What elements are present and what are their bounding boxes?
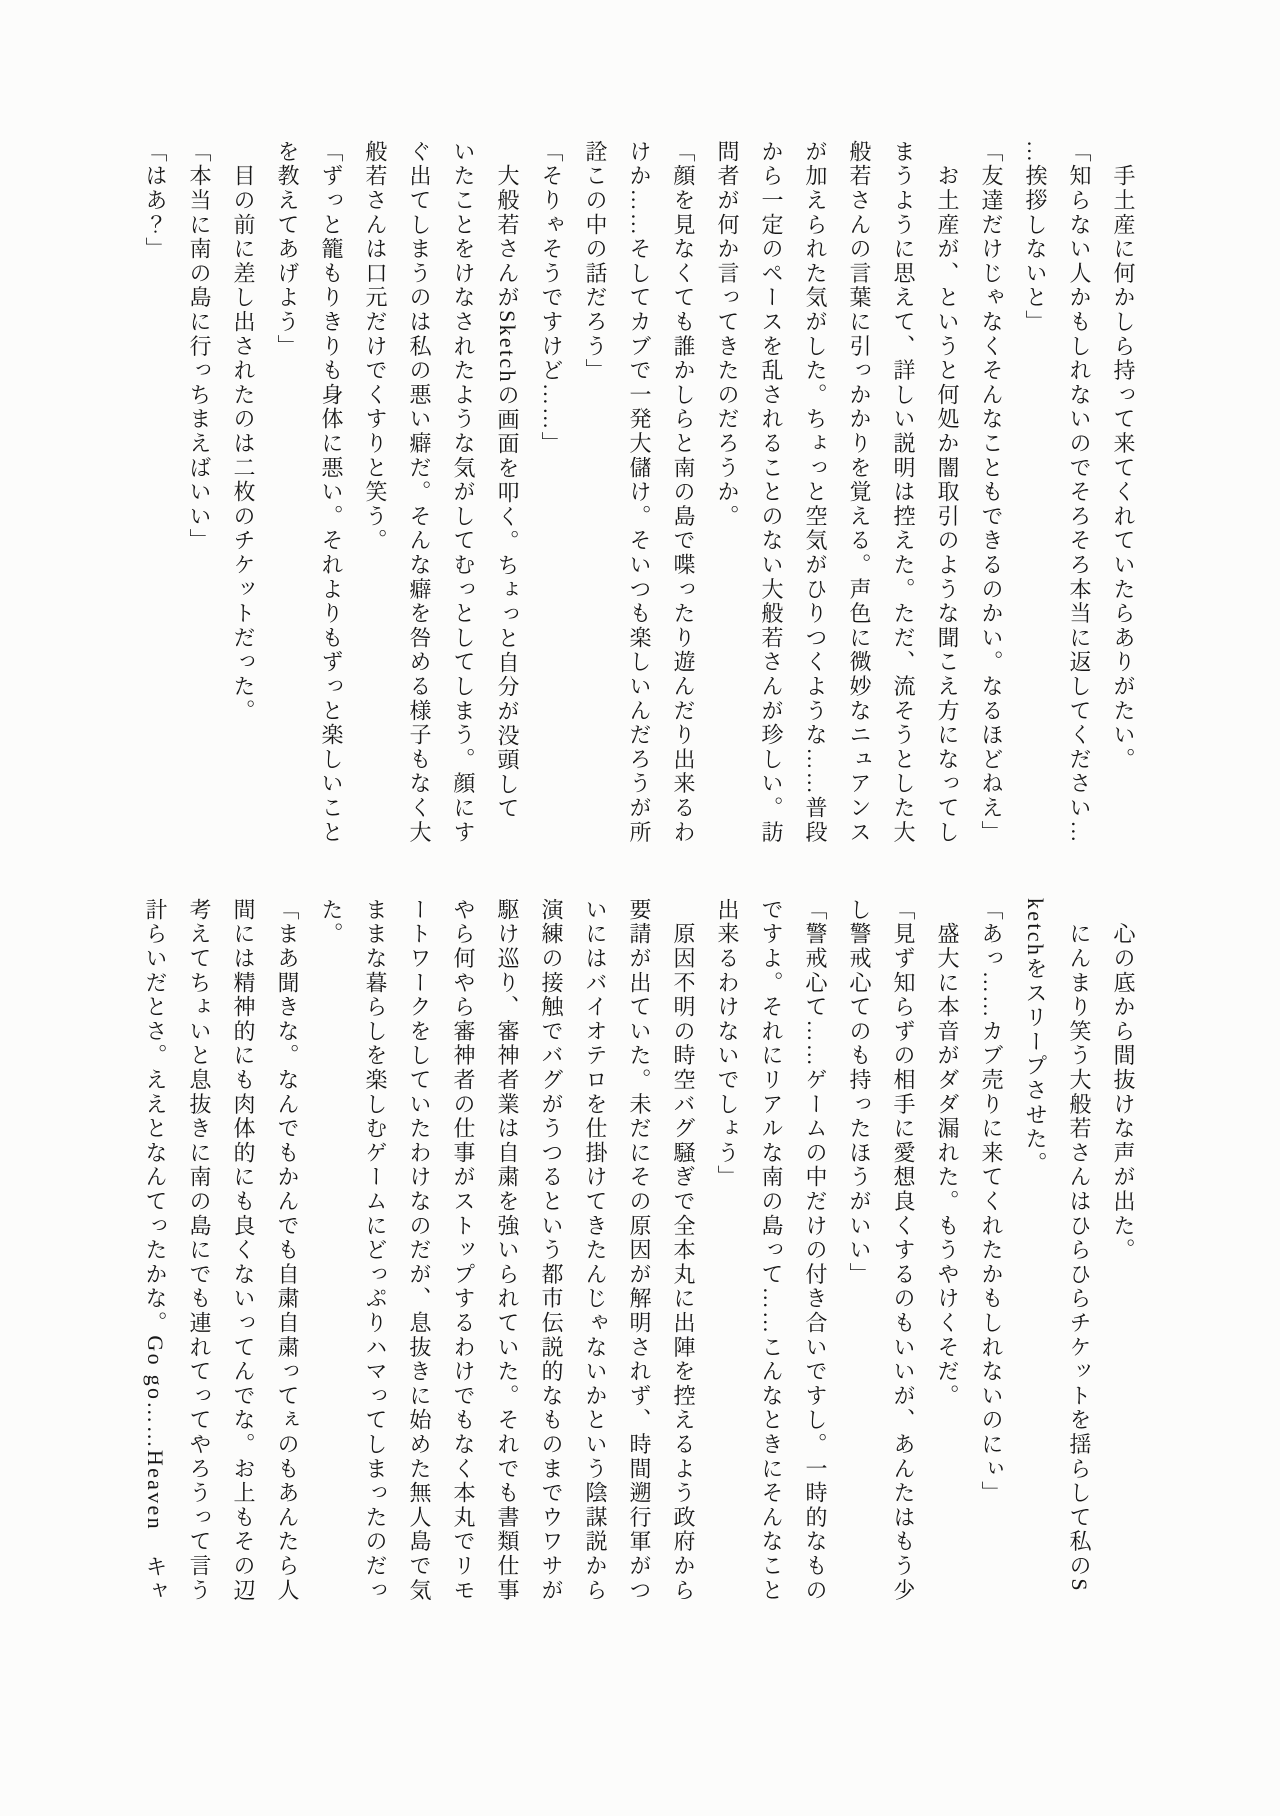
text-column: 駆け巡り、審神者業は自粛を強いられていた。それでも書類仕事: [485, 898, 529, 1620]
text-column: けか……そしてカブで一発大儲け。そいつも楽しいんだろうが所: [617, 140, 661, 862]
text-column: し警戒心てのも持ったほうがいい」: [837, 898, 881, 1620]
text-column: 「知らない人かもしれないのでそろそろ本当に返してください…: [1057, 140, 1101, 862]
text-column: 「警戒心て……ゲームの中だけの付き合いですし。一時的なもの: [793, 898, 837, 1620]
text-column: 目の前に差し出されたのは二枚のチケットだった。: [221, 140, 265, 862]
text-column: 般若さんは口元だけでくすりと笑う。: [353, 140, 397, 862]
text-column: ketchをスリープさせた。: [1013, 898, 1057, 1620]
text-column: 手土産に何かしら持って来てくれていたらありがたい。: [1101, 140, 1145, 862]
text-column: 出来るわけないでしょう」: [705, 898, 749, 1620]
text-column: を教えてあげよう」: [265, 140, 309, 862]
text-column: 大般若さんがSketchの画面を叩く。ちょっと自分が没頭して: [485, 140, 529, 862]
text-column: 般若さんの言葉に引っかかりを覚える。声色に微妙なニュアンス: [837, 140, 881, 862]
text-column: ですよ。それにリアルな南の島って……こんなときにそんなこと: [749, 898, 793, 1620]
text-block-lower: 心の底から間抜けな声が出た。 にんまり笑う大般若さんはひらひらチケットを揺らして…: [133, 898, 1145, 1620]
text-column: た。: [309, 898, 353, 1620]
text-column: 原因不明の時空バグ騒ぎで全本丸に出陣を控えるよう政府から: [661, 898, 705, 1620]
text-column: 問者が何か言ってきたのだろうか。: [705, 140, 749, 862]
text-column: が加えられた気がした。ちょっと空気がひりつくような……普段: [793, 140, 837, 862]
text-column: 「あっ……カブ売りに来てくれたかもしれないのにぃ」: [969, 898, 1013, 1620]
novel-page: 手土産に何かしら持って来てくれていたらありがたい。「知らない人かもしれないのでそ…: [0, 0, 1280, 1816]
text-column: ートワークをしていたわけなのだが、息抜きに始めた無人島で気: [397, 898, 441, 1620]
text-column: 「ずっと籠もりきりも身体に悪い。それよりもずっと楽しいこと: [309, 140, 353, 862]
text-column: ままな暮らしを楽しむゲームにどっぷりハマってしまったのだっ: [353, 898, 397, 1620]
text-column: 「そりゃそうですけど……」: [529, 140, 573, 862]
text-column: 「本当に南の島に行っちまえばいい」: [177, 140, 221, 862]
text-column: 「顔を見なくても誰かしらと南の島で喋ったり遊んだり出来るわ: [661, 140, 705, 862]
text-column: にんまり笑う大般若さんはひらひらチケットを揺らして私のS: [1057, 898, 1101, 1620]
text-block-upper: 手土産に何かしら持って来てくれていたらありがたい。「知らない人かもしれないのでそ…: [133, 140, 1145, 862]
text-column: お土産が、というと何処か闇取引のような聞こえ方になってし: [925, 140, 969, 862]
text-column: 「友達だけじゃなくそんなこともできるのかい。なるほどねえ」: [969, 140, 1013, 862]
text-column: 計らいだとさ。ええとなんてったかな。Go go……Heaven キャ: [133, 898, 177, 1620]
text-column: やら何やら審神者の仕事がストップするわけでもなく本丸でリモ: [441, 898, 485, 1620]
text-column: 考えてちょいと息抜きに南の島にでも連れてってやろうって言う: [177, 898, 221, 1620]
text-column: 要請が出ていた。未だにその原因が解明されず、時間遡行軍がつ: [617, 898, 661, 1620]
text-column: ぐ出てしまうのは私の悪い癖だ。そんな癖を咎める様子もなく大: [397, 140, 441, 862]
text-column: いたことをけなされたような気がしてむっとしてしまう。顔にす: [441, 140, 485, 862]
text-column: 間には精神的にも肉体的にも良くないってんでな。お上もその辺: [221, 898, 265, 1620]
text-column: 盛大に本音がダダ漏れた。もうやけくそだ。: [925, 898, 969, 1620]
text-column: から一定のペースを乱されることのない大般若さんが珍しい。訪: [749, 140, 793, 862]
text-column: 「はあ？」: [133, 140, 177, 862]
text-column: 演練の接触でバグがうつるという都市伝説的なものまでウワサが: [529, 898, 573, 1620]
text-column: まうように思えて、詳しい説明は控えた。ただ、流そうとした大: [881, 140, 925, 862]
text-column: いにはバイオテロを仕掛けてきたんじゃないかという陰謀説から: [573, 898, 617, 1620]
text-column: 詮この中の話だろう」: [573, 140, 617, 862]
text-column: …挨拶しないと」: [1013, 140, 1057, 862]
text-column: 「見ず知らずの相手に愛想良くするのもいいが、あんたはもう少: [881, 898, 925, 1620]
text-column: 「まあ聞きな。なんでもかんでも自粛自粛ってぇのもあんたら人: [265, 898, 309, 1620]
text-column: 心の底から間抜けな声が出た。: [1101, 898, 1145, 1620]
